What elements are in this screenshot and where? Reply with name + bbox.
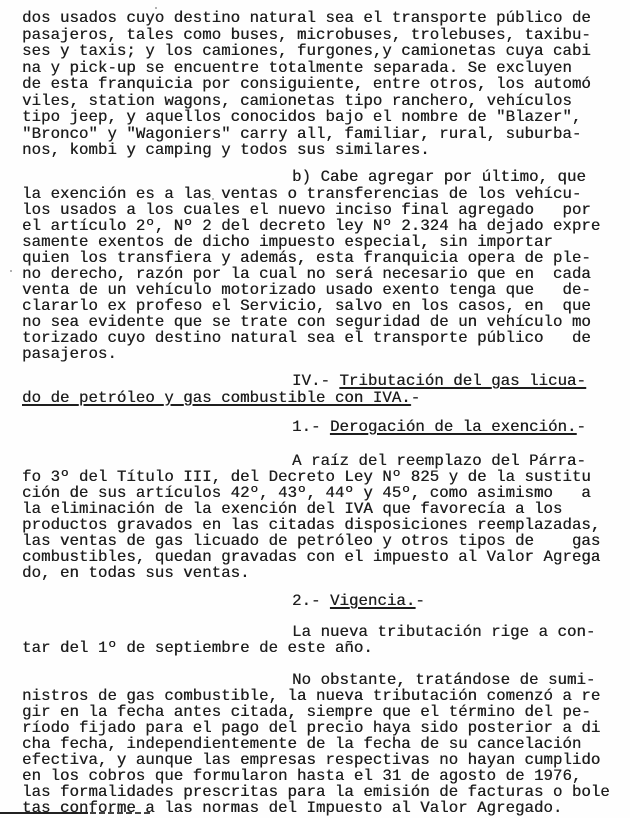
text-line: "Bronco" y "Wagoniers" carry all, famili… bbox=[22, 126, 581, 142]
text-line: viles, station wagons, camionetas tipo r… bbox=[22, 93, 572, 109]
text-line: pasajeros, tales como buses, microbuses,… bbox=[22, 27, 591, 43]
text-line: do, en todas sus ventas. bbox=[22, 565, 250, 581]
text-line: samente exentos de dicho impuesto especi… bbox=[22, 234, 553, 250]
text-line: gir en la fecha antes citada, siempre qu… bbox=[22, 704, 591, 720]
text-line: cha fecha, independientemente de la fech… bbox=[22, 736, 581, 752]
section-title-part2: do de petróleo y gas combustible con IVA… bbox=[22, 389, 411, 407]
text-line: no derecho, razón por la cual no será ne… bbox=[22, 266, 591, 282]
text-line: pasajeros. bbox=[22, 346, 117, 362]
text-line: de esta franquicia por consiguiente, ent… bbox=[22, 76, 591, 92]
text-line: no sea evidente que se trate con segurid… bbox=[22, 314, 591, 330]
text-line: dos usados cuyo destino natural sea el t… bbox=[22, 10, 591, 26]
text-line-indented: No obstante, tratándose de sumi- bbox=[292, 672, 595, 688]
text-line: tipo jeep, y aquellos conocidos bajo el … bbox=[22, 109, 581, 125]
text-line: quien los transfiera y además, esta fran… bbox=[22, 250, 591, 266]
text-line: ción de sus artículos 42º, 43º, 44º y 45… bbox=[22, 485, 591, 501]
text-line-indented: A raíz del reemplazo del Párra- bbox=[292, 453, 586, 469]
text-line: tar del 1º de septiembre de este año. bbox=[22, 640, 373, 656]
subsection-number: 1.- bbox=[292, 418, 320, 436]
text-line: efectiva, y aunque las empresas respecti… bbox=[22, 752, 600, 768]
text-line-indented: La nueva tributación rige a con- bbox=[292, 624, 595, 640]
text-line: la exención es a las ventas o transferen… bbox=[22, 186, 581, 202]
subsection-suffix: - bbox=[415, 592, 424, 610]
section-title-suffix: - bbox=[411, 389, 420, 407]
text-line: torizado cuyo destino natural sea el tra… bbox=[22, 330, 591, 346]
scan-edge-line bbox=[90, 812, 150, 814]
text-line: nistros de gas combustible, la nueva tri… bbox=[22, 688, 600, 704]
section-heading-line: do de petróleo y gas combustible con IVA… bbox=[22, 390, 420, 406]
subsection-2-heading: 2.- Vigencia.- bbox=[292, 593, 425, 609]
section-number: IV.- bbox=[292, 372, 330, 390]
section-title-part1: Tributación del gas licua- bbox=[339, 372, 585, 390]
text-line: venta de un vehículo motorizado usado ex… bbox=[22, 282, 591, 298]
scan-speck bbox=[212, 198, 214, 200]
text-line: na y pick-up se encuentre totalmente sep… bbox=[22, 60, 572, 76]
subsection-title: Derogación de la exención. bbox=[330, 418, 576, 436]
text-line: ríodo fijado para el pago del precio hay… bbox=[22, 720, 600, 736]
text-line: fo 3º del Título III, del Decreto Ley Nº… bbox=[22, 469, 591, 485]
text-line: clararlo ex profeso el Servicio, salvo e… bbox=[22, 298, 591, 314]
text-line: las ventas de gas licuado de petróleo y … bbox=[22, 533, 600, 549]
scan-speck bbox=[155, 7, 157, 9]
text-line: la eliminación de la exención del IVA qu… bbox=[22, 501, 562, 517]
text-line: ses y taxis; y los camiones, furgones,y … bbox=[22, 43, 591, 59]
scanned-document-page: dos usados cuyo destino natural sea el t… bbox=[0, 0, 630, 818]
scan-speck bbox=[10, 270, 12, 272]
text-line-indented: b) Cabe agregar por último, que bbox=[292, 169, 586, 185]
text-line: combustibles, quedan gravadas con el imp… bbox=[22, 549, 600, 565]
text-line: nos, kombi y camping y todos sus similar… bbox=[22, 142, 430, 158]
text-line: el artículo 2º, Nº 2 del decreto ley Nº … bbox=[22, 218, 600, 234]
text-line: los usados a los cuales el nuevo inciso … bbox=[22, 202, 591, 218]
text-line: en los cobros que formularon hasta el 31… bbox=[22, 768, 581, 784]
subsection-number: 2.- bbox=[292, 592, 320, 610]
subsection-1-heading: 1.- Derogación de la exención.- bbox=[292, 419, 586, 435]
text-line: las formalidades prescritas para la emis… bbox=[22, 784, 610, 800]
scan-edge-line bbox=[0, 812, 88, 814]
text-line: productos gravados en las citadas dispos… bbox=[22, 517, 600, 533]
subsection-title: Vigencia. bbox=[330, 592, 415, 610]
subsection-suffix: - bbox=[576, 418, 585, 436]
section-heading-line: IV.- Tributación del gas licua- bbox=[292, 373, 586, 389]
